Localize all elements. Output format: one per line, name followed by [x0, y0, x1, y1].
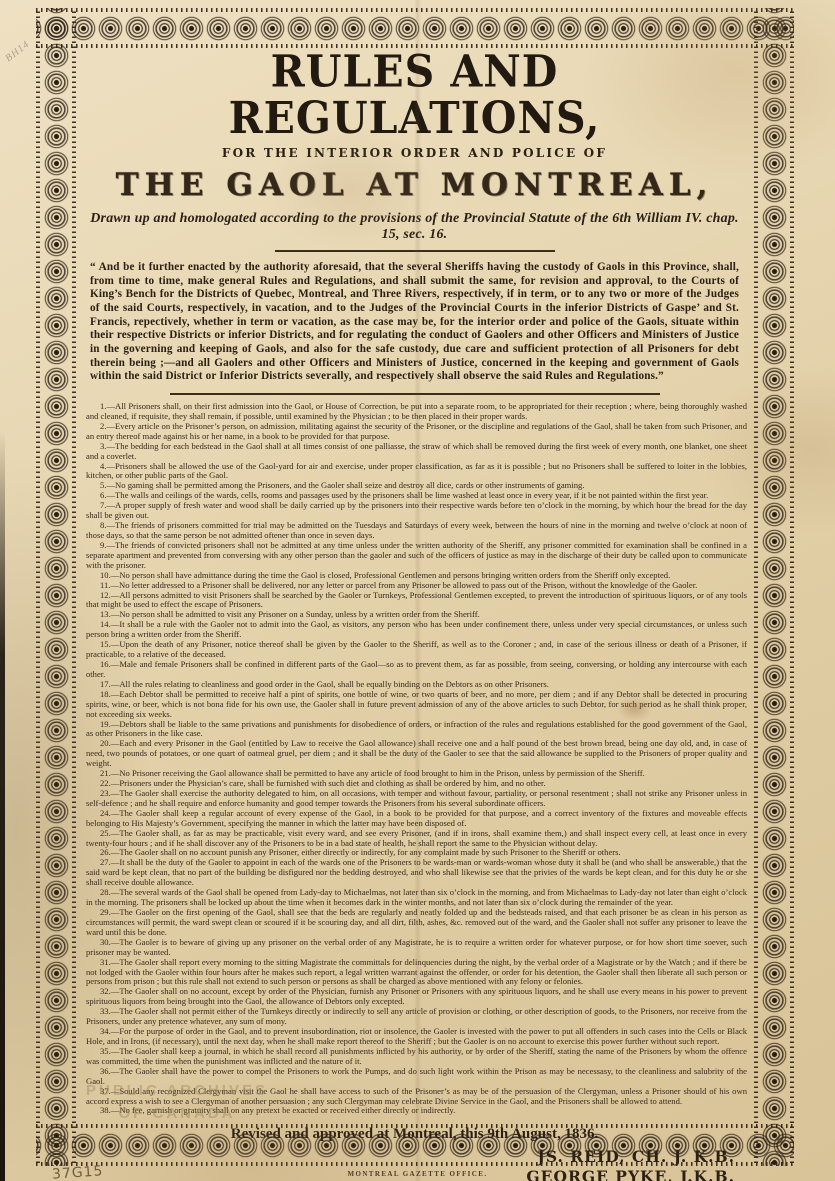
rule-item: 33.—The Gaoler shall not permit either o…	[86, 1007, 747, 1027]
rule-item: 8.—The friends of prisoners committed fo…	[86, 521, 747, 541]
signature-chief-justice: JS. REID, CH. J. K.B.	[90, 1147, 735, 1166]
page-subtitle: FOR THE INTERIOR ORDER AND POLICE OF	[90, 146, 739, 160]
rule-item: 18.—Each Debtor shall be permitted to re…	[86, 690, 747, 720]
rule-item: 29.—The Gaoler on the first opening of t…	[86, 908, 747, 938]
document-body: RULES AND REGULATIONS, FOR THE INTERIOR …	[90, 52, 739, 1181]
printer-imprint: MONTREAL GAZETTE OFFICE.	[0, 1170, 835, 1178]
archive-stamp: PUBLIC ARCHIVES OF CANADA	[62, 1080, 292, 1125]
rule-item: 12.—All persons admitted to visit Prison…	[86, 591, 747, 611]
approval-line: Revised and approved at Montreal, this 9…	[90, 1126, 739, 1143]
institution-title: THE GAOL AT MONTREAL,	[90, 167, 739, 203]
rule-item: 32.—The Gaoler shall on no account, exce…	[86, 987, 747, 1007]
divider-rule-middle	[170, 393, 660, 395]
rule-item: 14.—It shall be a rule with the Gaoler n…	[86, 620, 747, 640]
rules-list: 1.—All Prisoners shall, on their first a…	[86, 402, 747, 1116]
rule-item: 20.—Each and every Prisoner in the Gaol …	[86, 739, 747, 769]
rule-item: 15.—Upon the death of any Prisoner, noti…	[86, 640, 747, 660]
broadside-paper: BH14 RULES AND REGULATIONS, FOR THE INTE…	[0, 0, 835, 1181]
archive-stamp-line2: OF CANADA	[62, 1103, 292, 1126]
statute-preamble: “ And be it further enacted by the autho…	[90, 261, 739, 384]
rule-item: 25.—The Gaoler shall, as far as may be p…	[86, 829, 747, 849]
paper-edge-shadow	[0, 430, 5, 1181]
rule-item: 7.—A proper supply of fresh water and wo…	[86, 501, 747, 521]
pencil-annotation: BH14	[4, 39, 32, 65]
ornamental-border-left	[36, 8, 76, 1166]
rule-item: 34.—For the purpose of order in the Gaol…	[86, 1027, 747, 1047]
rule-item: 4.—Prisoners shall be allowed the use of…	[86, 462, 747, 482]
statute-line: Drawn up and homologated according to th…	[90, 211, 739, 243]
ornamental-border-right	[754, 8, 794, 1166]
page-title: RULES AND REGULATIONS,	[90, 49, 739, 142]
rule-item: 9.—The friends of convicted prisoners sh…	[86, 541, 747, 571]
rule-item: 3.—The bedding for each bedstead in the …	[86, 442, 747, 462]
rule-item: 31.—The Gaoler shall report every mornin…	[86, 958, 747, 988]
rule-item: 16.—Male and female Prisoners shall be c…	[86, 660, 747, 680]
rule-item: 23.—The Gaoler shall exercise the author…	[86, 789, 747, 809]
rule-item: 24.—The Gaoler shall keep a regular acco…	[86, 809, 747, 829]
ornamental-border-top	[36, 8, 794, 48]
rule-item: 1.—All Prisoners shall, on their first a…	[86, 402, 747, 422]
rule-item: 19.—Debtors shall be liable to the same …	[86, 720, 747, 740]
rule-item: 30.—The Gaoler is to beware of giving up…	[86, 938, 747, 958]
archive-stamp-line1: PUBLIC ARCHIVES	[62, 1080, 292, 1103]
rule-item: 27.—It shall be the duty of the Gaoler t…	[86, 858, 747, 888]
rule-item: 2.—Every article on the Prisoner’s perso…	[86, 422, 747, 442]
divider-rule-top	[275, 250, 555, 252]
rule-item: 28.—The several wards of the Gaol shall …	[86, 888, 747, 908]
rule-item: 35.—The Gaoler shall keep a journal, in …	[86, 1047, 747, 1067]
